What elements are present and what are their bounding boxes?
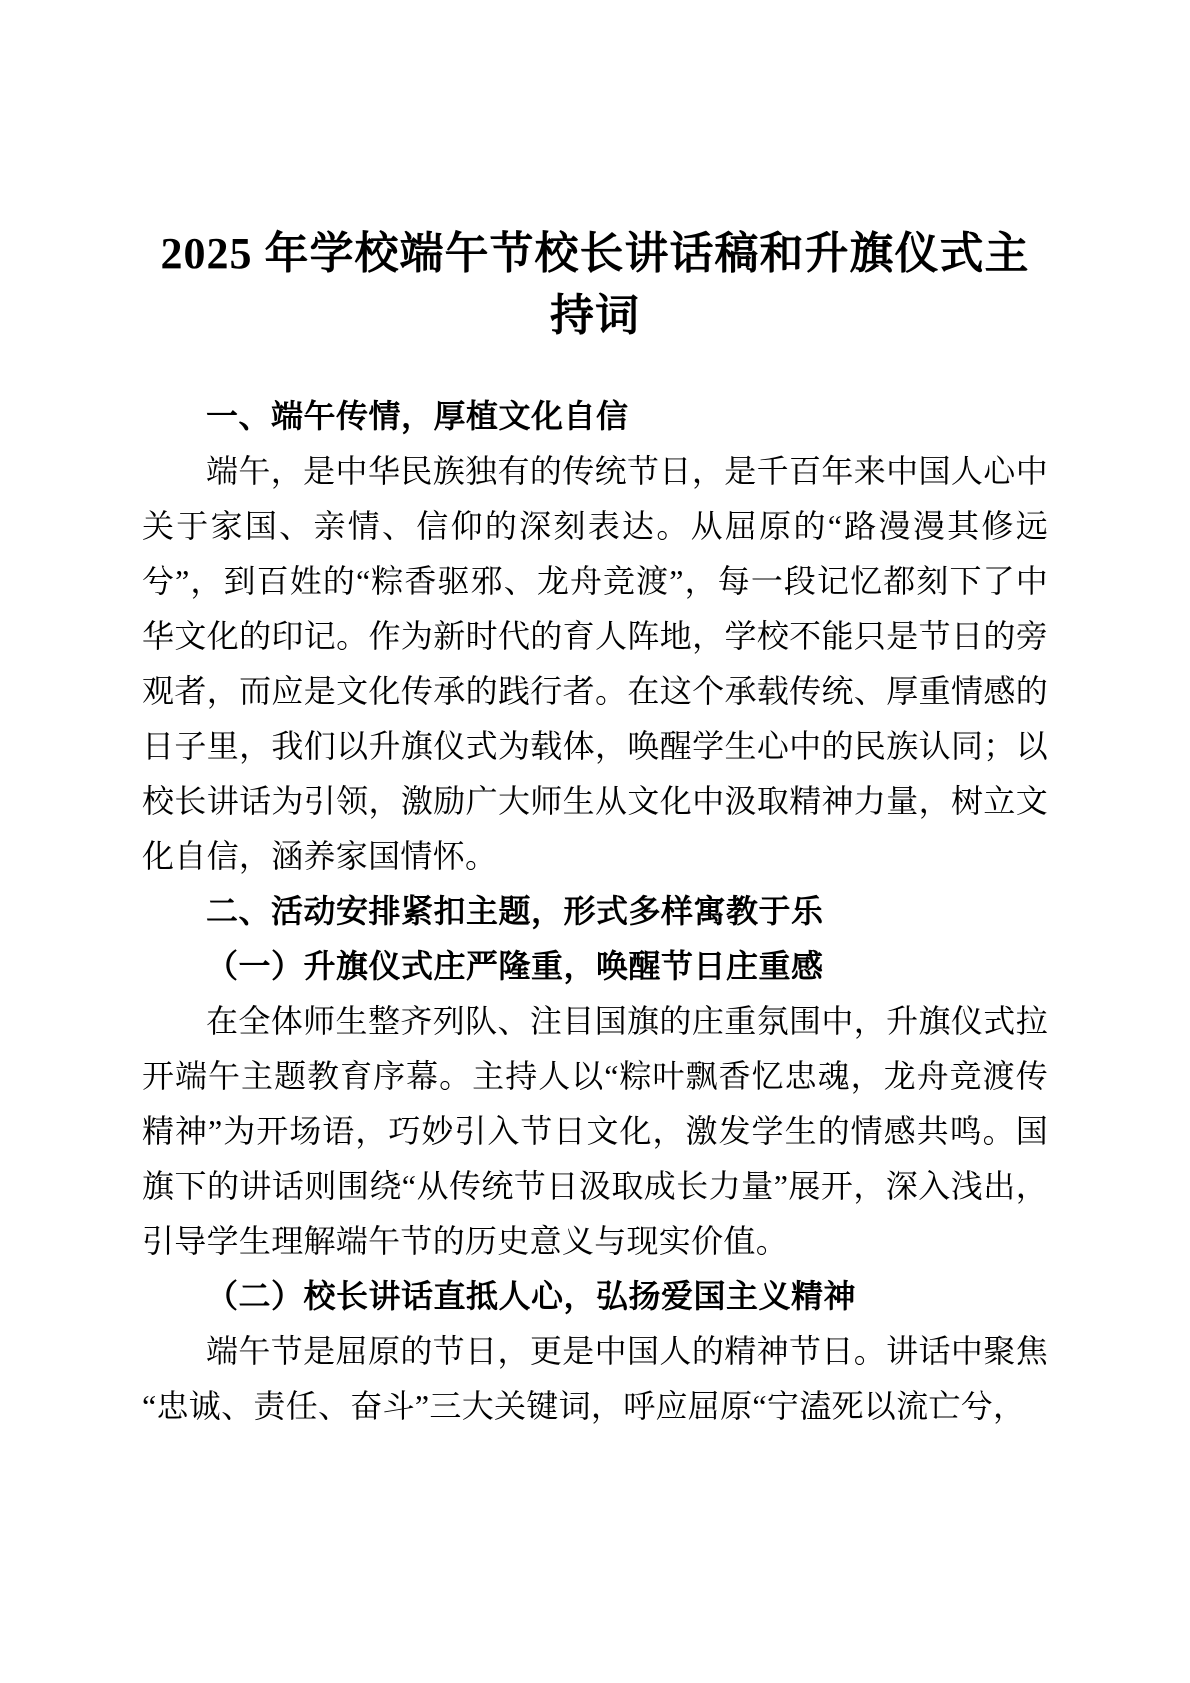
section-1-heading: 一、端午传情，厚植文化自信 bbox=[142, 389, 1048, 444]
subsection-2-1-heading: （一）升旗仪式庄严隆重，唤醒节日庄重感 bbox=[142, 939, 1048, 994]
section-2-heading: 二、活动安排紧扣主题，形式多样寓教于乐 bbox=[142, 884, 1048, 939]
subsection-2-2-heading: （二）校长讲话直抵人心，弘扬爱国主义精神 bbox=[142, 1269, 1048, 1324]
subsection-2-1-paragraph: 在全体师生整齐列队、注目国旗的庄重氛围中，升旗仪式拉开端午主题教育序幕。主持人以… bbox=[142, 994, 1048, 1269]
document-page: 2025 年学校端午节校长讲话稿和升旗仪式主持词 一、端午传情，厚植文化自信 端… bbox=[0, 0, 1190, 1683]
document-title: 2025 年学校端午节校长讲话稿和升旗仪式主持词 bbox=[142, 223, 1048, 347]
subsection-2-2-paragraph: 端午节是屈原的节日，更是中国人的精神节日。讲话中聚焦“忠诚、责任、奋斗”三大关键… bbox=[142, 1324, 1048, 1434]
section-1-paragraph: 端午，是中华民族独有的传统节日，是千百年来中国人心中关于家国、亲情、信仰的深刻表… bbox=[142, 444, 1048, 884]
